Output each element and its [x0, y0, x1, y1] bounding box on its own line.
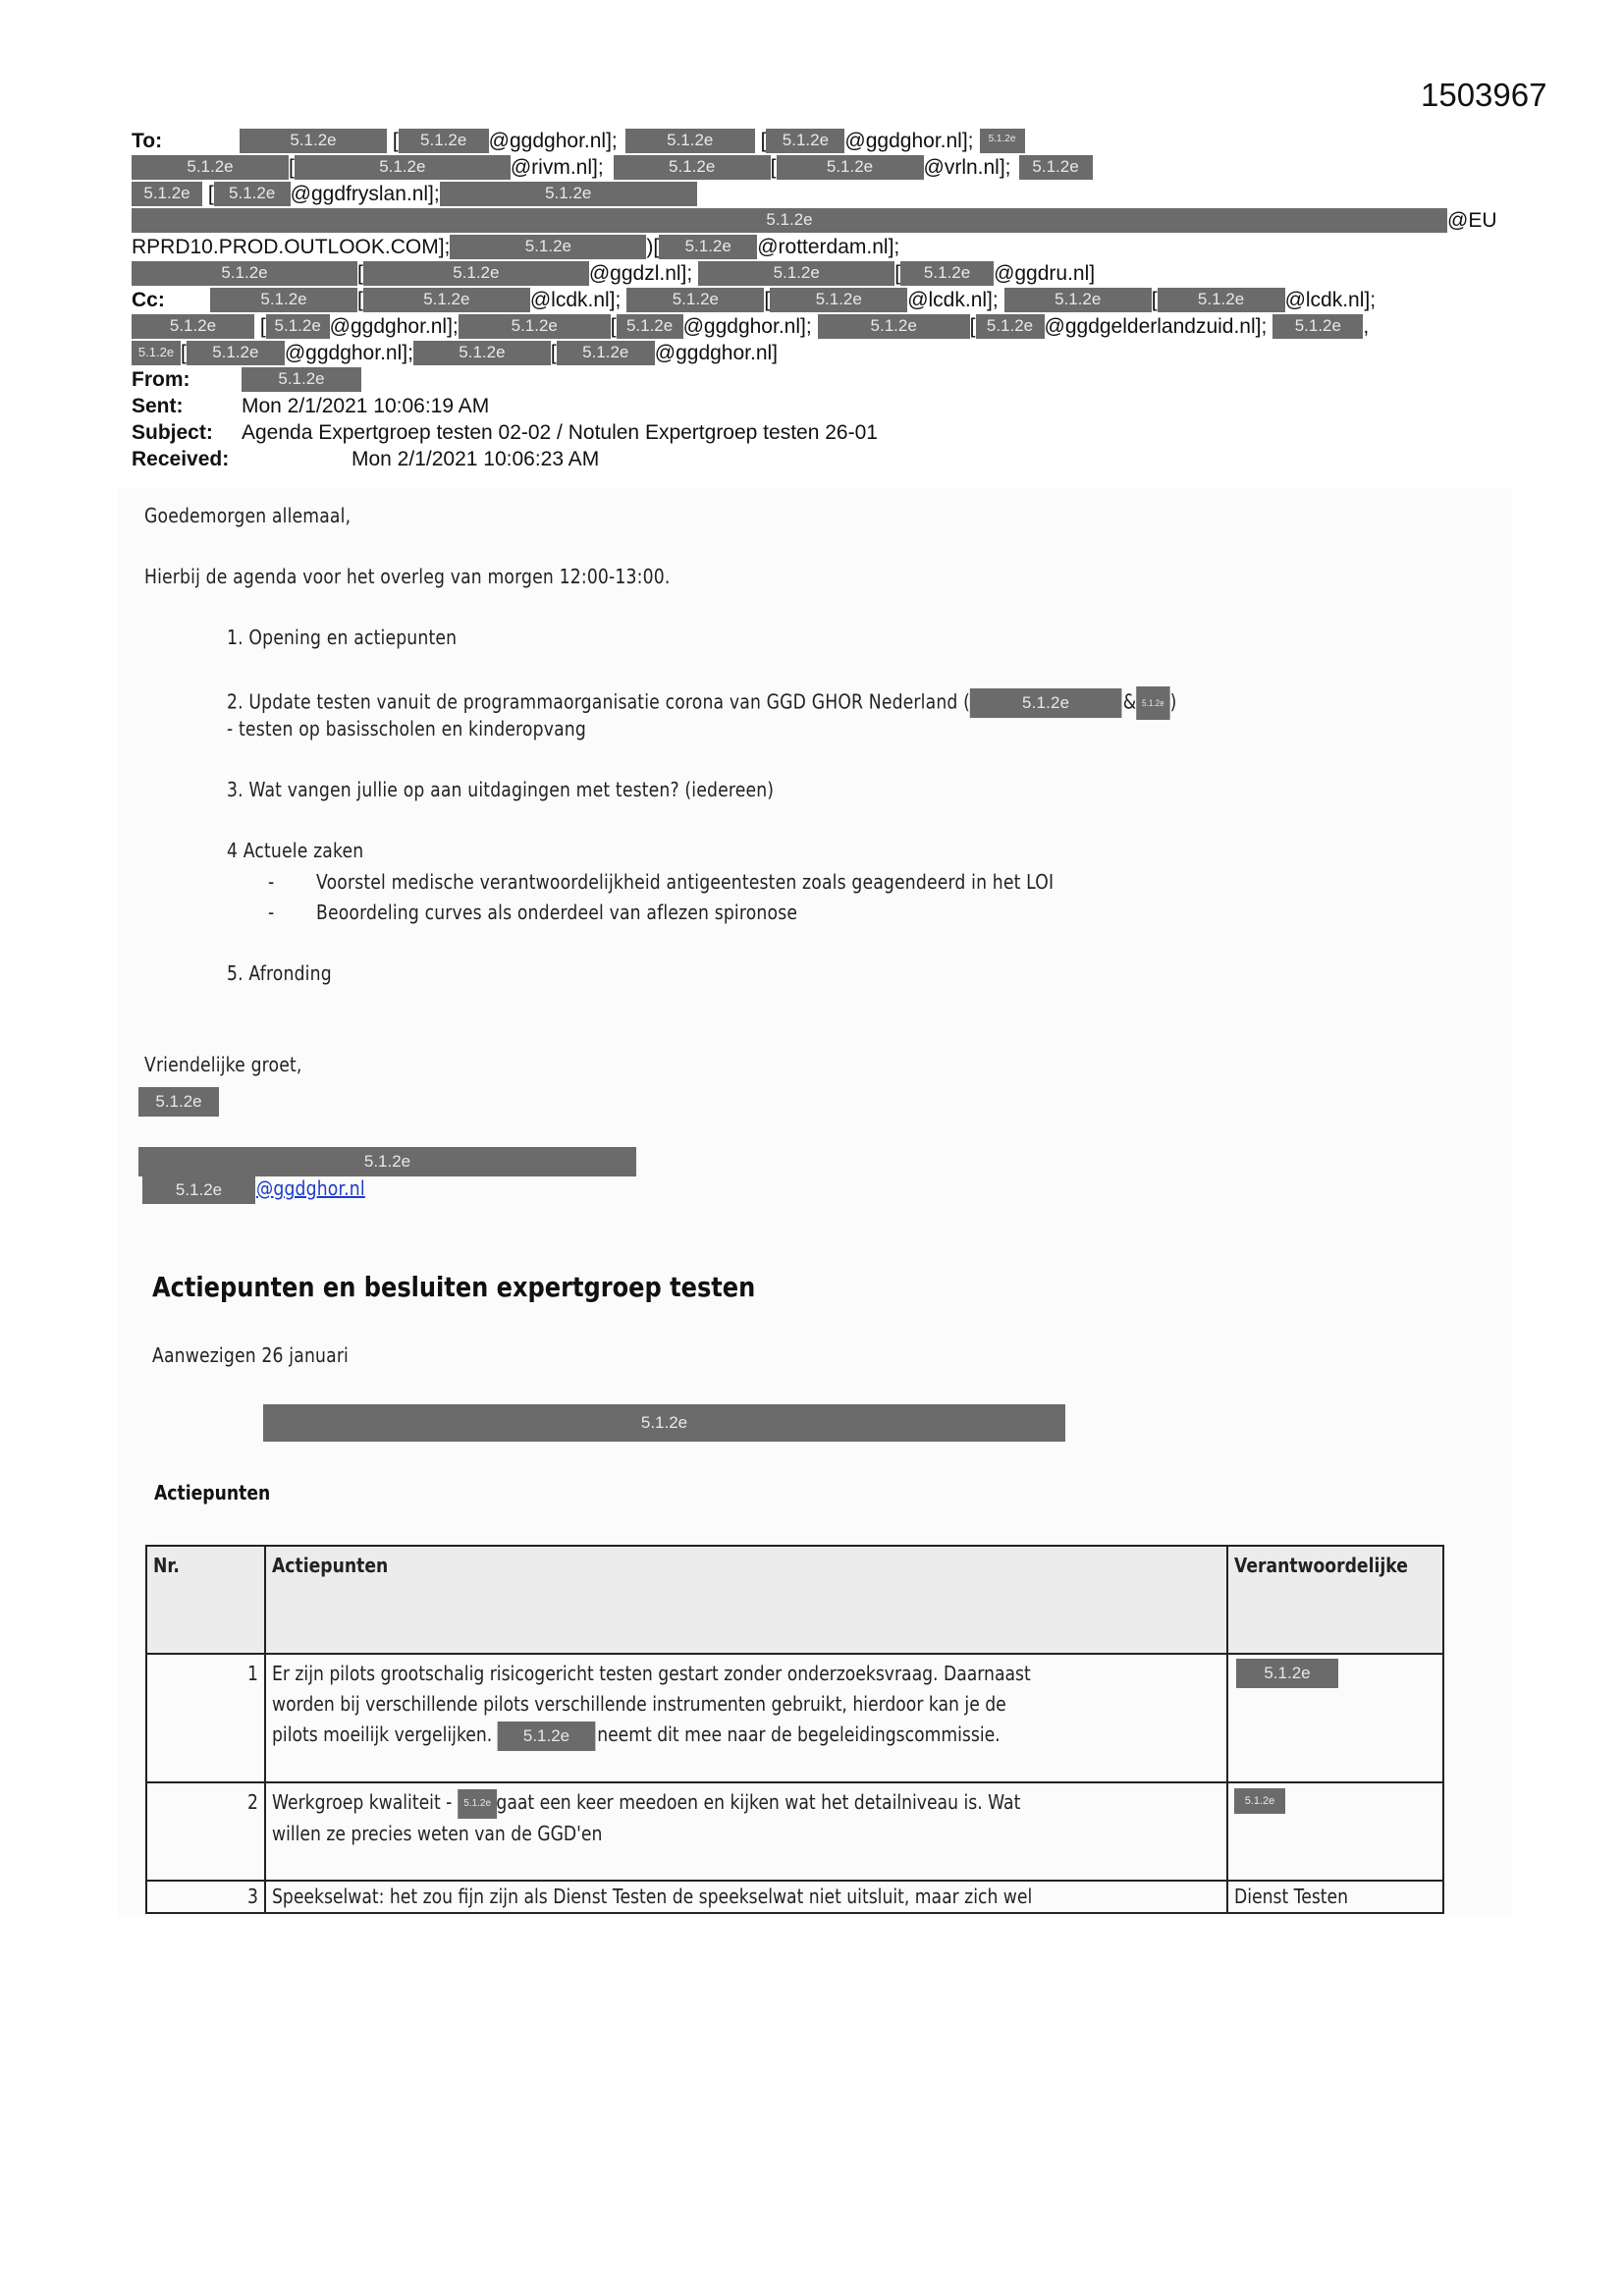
redaction: 5.1.2e	[413, 341, 551, 365]
actiepunten-table: Nr. Actiepunten Verantwoordelijke 1 Er z…	[145, 1545, 1444, 1914]
header-nr: Nr.	[146, 1546, 265, 1654]
signature-email-link[interactable]: @ggdghor.nl	[256, 1176, 365, 1200]
redaction: 5.1.2e	[617, 314, 683, 339]
signature-name-redaction: 5.1.2e	[138, 1087, 219, 1117]
row-actiepunt: Werkgroep kwaliteit - 5.1.2egaat een kee…	[265, 1782, 1227, 1881]
subject-line: Subject:Agenda Expertgroep testen 02-02 …	[132, 420, 878, 446]
attendees-redaction: 5.1.2e	[263, 1404, 1065, 1442]
cc-line-3: 5.1.2e[5.1.2e@ggdghor.nl];5.1.2e[5.1.2e@…	[132, 341, 778, 366]
redaction: 5.1.2e	[363, 288, 530, 312]
redaction: 5.1.2e	[557, 341, 655, 365]
document-id: 1503967	[1421, 77, 1546, 114]
header-verantwoordelijke: Verantwoordelijke	[1227, 1546, 1443, 1654]
agenda-item-2-sub: - testen op basisscholen en kinderopvang	[227, 717, 586, 740]
redaction: 5.1.2e	[980, 129, 1025, 153]
table-row: 1 Er zijn pilots grootschalig risicogeri…	[146, 1654, 1443, 1782]
redaction: 5.1.2e	[1019, 155, 1093, 180]
redaction: 5.1.2e	[625, 129, 755, 153]
redaction: 5.1.2e	[132, 208, 1447, 233]
redaction: 5.1.2e	[614, 155, 771, 180]
to-line-4: 5.1.2e@EU	[132, 208, 1497, 234]
redaction: 5.1.2e	[1136, 686, 1169, 720]
to-label: To:	[132, 129, 240, 154]
redaction: 5.1.2e	[1234, 1788, 1285, 1814]
cc-line-1: Cc:5.1.2e[5.1.2e@lcdk.nl];5.1.2e[5.1.2e@…	[132, 288, 1376, 313]
row-nr: 3	[146, 1881, 265, 1913]
cc-line-2: 5.1.2e [5.1.2e@ggdghor.nl];5.1.2e[5.1.2e…	[132, 314, 1369, 340]
redaction: 5.1.2e	[1004, 288, 1152, 312]
redaction: 5.1.2e	[766, 129, 844, 153]
to-line-1: To:5.1.2e [5.1.2e@ggdghor.nl];5.1.2e [5.…	[132, 129, 1025, 154]
agenda-item-4-bullet-1: Voorstel medische verantwoordelijkheid a…	[316, 870, 1054, 894]
from-redaction: 5.1.2e	[242, 367, 361, 392]
agenda-item-4: 4 Actuele zaken	[227, 839, 363, 862]
to-line-3: 5.1.2e [5.1.2e@ggdfryslan.nl];5.1.2e	[132, 182, 697, 207]
redaction: 5.1.2e	[659, 235, 757, 259]
redaction: 5.1.2e	[900, 261, 994, 286]
redaction: 5.1.2e	[132, 182, 202, 206]
redaction: 5.1.2e	[818, 314, 970, 339]
subject-label: Subject:	[132, 420, 242, 446]
signature-email-redaction: 5.1.2e	[142, 1176, 255, 1204]
redaction: 5.1.2e	[970, 688, 1122, 718]
redaction: 5.1.2e	[626, 288, 764, 312]
received-line: Received:Mon 2/1/2021 10:06:23 AM	[132, 447, 599, 472]
agenda-item-1: 1. Opening en actiepunten	[227, 626, 457, 649]
to-line-5: RPRD10.PROD.OUTLOOK.COM];5.1.2e)[5.1.2e@…	[132, 235, 899, 260]
redaction: 5.1.2e	[458, 1789, 497, 1819]
redaction: 5.1.2e	[214, 182, 291, 206]
greeting: Goedemorgen allemaal,	[144, 504, 351, 527]
received-label: Received:	[132, 447, 352, 472]
redaction: 5.1.2e	[459, 314, 611, 339]
cc-label: Cc:	[132, 288, 210, 313]
redaction: 5.1.2e	[399, 129, 489, 153]
minutes-title: Actiepunten en besluiten expertgroep tes…	[152, 1271, 755, 1303]
redaction: 5.1.2e	[440, 182, 697, 206]
from-label: From:	[132, 367, 242, 393]
redaction: 5.1.2e	[132, 314, 254, 339]
row-nr: 1	[146, 1654, 265, 1782]
closing: Vriendelijke groet,	[144, 1053, 302, 1076]
received-value: Mon 2/1/2021 10:06:23 AM	[352, 447, 599, 472]
redaction: 5.1.2e	[498, 1722, 596, 1751]
row-actiepunt: Speekselwat: het zou fijn zijn als Diens…	[265, 1881, 1227, 1913]
attendees-label: Aanwezigen 26 januari	[152, 1343, 349, 1367]
sent-value: Mon 2/1/2021 10:06:19 AM	[242, 394, 489, 419]
redaction: 5.1.2e	[1272, 314, 1363, 339]
sent-label: Sent:	[132, 394, 242, 419]
header-actiepunten: Actiepunten	[265, 1546, 1227, 1654]
redaction: 5.1.2e	[1236, 1659, 1338, 1688]
agenda-item-4-bullet-2: Beoordeling curves als onderdeel van afl…	[316, 901, 797, 924]
table-row: 3 Speekselwat: het zou fijn zijn als Die…	[146, 1881, 1443, 1913]
to-line-2: 5.1.2e[5.1.2e@rivm.nl];5.1.2e[5.1.2e@vrl…	[132, 155, 1093, 181]
redaction: 5.1.2e	[132, 261, 357, 286]
redaction: 5.1.2e	[240, 129, 387, 153]
bullet-dash: -	[268, 870, 274, 894]
redaction: 5.1.2e	[132, 341, 181, 365]
row-verantwoordelijke: 5.1.2e	[1227, 1654, 1443, 1782]
redaction: 5.1.2e	[295, 155, 511, 180]
signature-title-redaction: 5.1.2e	[138, 1147, 636, 1176]
redaction: 5.1.2e	[210, 288, 357, 312]
redaction: 5.1.2e	[770, 288, 907, 312]
agenda-item-5: 5. Afronding	[227, 961, 332, 985]
subject-value: Agenda Expertgroep testen 02-02 / Notule…	[242, 420, 878, 446]
redaction: 5.1.2e	[777, 155, 924, 180]
table-header-row: Nr. Actiepunten Verantwoordelijke	[146, 1546, 1443, 1654]
actiepunten-heading: Actiepunten	[154, 1481, 270, 1504]
row-verantwoordelijke: 5.1.2e	[1227, 1782, 1443, 1881]
redaction: 5.1.2e	[363, 261, 589, 286]
intro: Hierbij de agenda voor het overleg van m…	[144, 565, 670, 588]
row-actiepunt: Er zijn pilots grootschalig risicogerich…	[265, 1654, 1227, 1782]
row-nr: 2	[146, 1782, 265, 1881]
to-line-6: 5.1.2e[5.1.2e@ggdzl.nl];5.1.2e[5.1.2e@gg…	[132, 261, 1095, 287]
agenda-item-2: 2. Update testen vanuit de programmaorga…	[227, 686, 1177, 720]
bullet-dash: -	[268, 901, 274, 924]
agenda-item-3: 3. Wat vangen jullie op aan uitdagingen …	[227, 778, 774, 801]
from-line: From:5.1.2e	[132, 367, 361, 393]
redaction: 5.1.2e	[698, 261, 894, 286]
redaction: 5.1.2e	[187, 341, 285, 365]
table-row: 2 Werkgroep kwaliteit - 5.1.2egaat een k…	[146, 1782, 1443, 1881]
redaction: 5.1.2e	[1158, 288, 1285, 312]
sent-line: Sent:Mon 2/1/2021 10:06:19 AM	[132, 394, 489, 419]
redaction: 5.1.2e	[450, 235, 646, 259]
row-verantwoordelijke: Dienst Testen	[1227, 1881, 1443, 1913]
redaction: 5.1.2e	[132, 155, 289, 180]
redaction: 5.1.2e	[266, 314, 330, 339]
redaction: 5.1.2e	[976, 314, 1045, 339]
